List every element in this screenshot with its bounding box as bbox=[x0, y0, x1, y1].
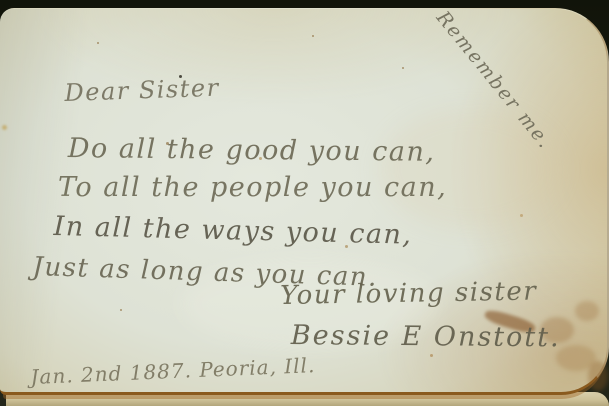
poem-line: In all the ways you can, bbox=[53, 211, 413, 251]
foxing-spot bbox=[312, 35, 314, 37]
poem-line: Do all the good you can, bbox=[68, 133, 436, 168]
album-page: Remember me. Dear Sister Do all the good… bbox=[0, 8, 609, 395]
closing-line: Your loving sister bbox=[280, 277, 537, 311]
dateline: Jan. 2nd 1887. Peoria, Ill. bbox=[30, 353, 316, 389]
signature: Bessie E Onstott. bbox=[291, 320, 561, 353]
brown-stain bbox=[575, 301, 599, 321]
album-photo: { "album_page": { "corner_note": "Rememb… bbox=[0, 0, 609, 406]
brown-stain bbox=[588, 361, 608, 391]
foxing-spot bbox=[97, 42, 99, 44]
salutation: Dear Sister bbox=[64, 74, 220, 107]
foxing-spot bbox=[430, 354, 433, 357]
brown-stain bbox=[556, 345, 596, 371]
foxing-spot bbox=[402, 67, 404, 69]
corner-note-remember-me: Remember me. bbox=[432, 7, 556, 153]
foxing-spot bbox=[120, 309, 122, 311]
foxing-spot bbox=[520, 214, 523, 217]
poem-line: To all the people you can, bbox=[58, 172, 447, 203]
foxing-spot bbox=[2, 125, 7, 130]
